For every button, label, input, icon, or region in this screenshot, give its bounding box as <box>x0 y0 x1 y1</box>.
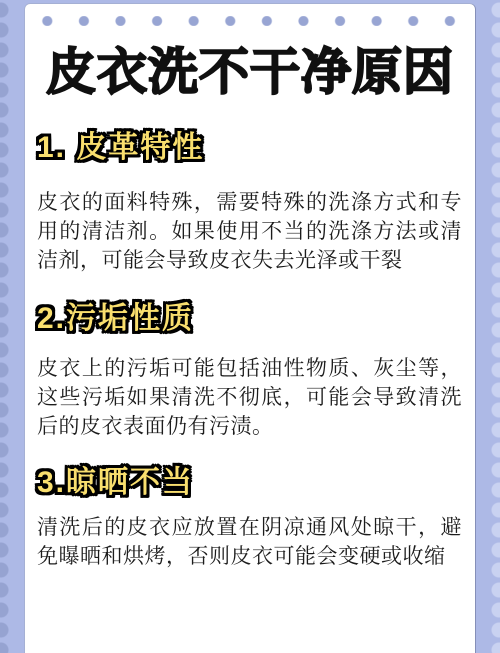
section-heading: 2.污垢性质 <box>37 301 463 337</box>
content-card: 皮衣洗不干净原因 1. 皮革特性 皮衣的面料特殊，需要特殊的洗涤方式和专用的清洁… <box>25 4 475 653</box>
section-heading: 3.晾晒不当 <box>37 465 463 501</box>
section-leather-characteristics: 1. 皮革特性 皮衣的面料特殊，需要特殊的洗涤方式和专用的清洁剂。如果使用不当的… <box>25 130 475 275</box>
poster-page: { "poster": { "title": "皮衣洗不干净原因", "sect… <box>0 0 500 653</box>
right-edge-perforation-dots <box>484 0 500 653</box>
section-improper-drying: 3.晾晒不当 清洗后的皮衣应放置在阴凉通风处晾干，避免曝晒和烘烤，否则皮衣可能会… <box>25 465 475 571</box>
section-heading: 1. 皮革特性 <box>37 130 463 166</box>
top-dots-decoration <box>29 16 469 26</box>
section-body: 清洗后的皮衣应放置在阴凉通风处晾干，避免曝晒和烘烤，否则皮衣可能会变硬或收缩 <box>37 513 462 571</box>
poster-title: 皮衣洗不干净原因 <box>31 42 469 102</box>
left-edge-perforation-dots <box>0 0 16 653</box>
section-body: 皮衣上的污垢可能包括油性物质、灰尘等，这些污垢如果清洗不彻底，可能会导致清洗后的… <box>37 354 462 441</box>
section-dirt-nature: 2.污垢性质 皮衣上的污垢可能包括油性物质、灰尘等，这些污垢如果清洗不彻底，可能… <box>25 301 475 441</box>
section-body: 皮衣的面料特殊，需要特殊的洗涤方式和专用的清洁剂。如果使用不当的洗涤方法或清洁剂… <box>37 188 462 275</box>
